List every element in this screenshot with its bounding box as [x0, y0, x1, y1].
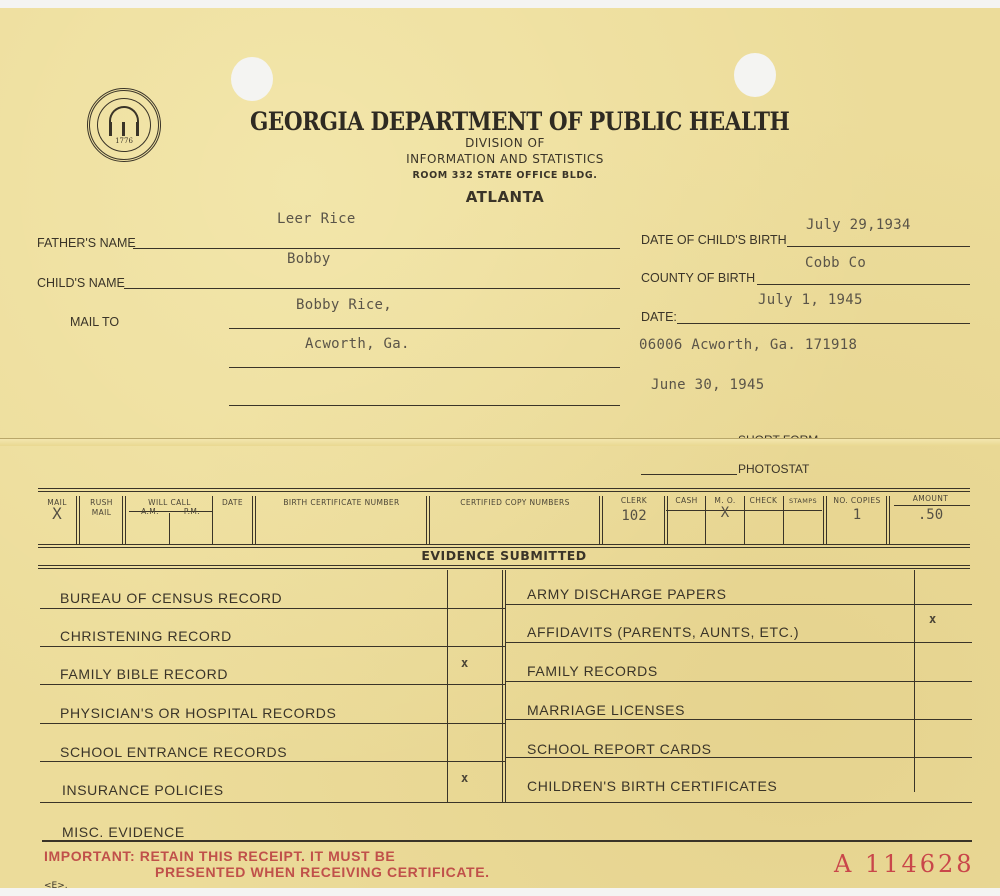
mo-value[interactable]: X: [706, 505, 744, 521]
birth-date-line: [787, 246, 970, 247]
evidence-left-item: CHRISTENING RECORD: [60, 628, 232, 644]
father-name-line: [133, 248, 620, 249]
col-pm: P.M.: [172, 507, 212, 517]
stamp-date-value: June 30, 1945: [651, 377, 764, 393]
important-notice-line1: IMPORTANT: RETAIN THIS RECEIPT. IT MUST …: [44, 848, 395, 864]
evidence-right-item: FAMILY RECORDS: [527, 663, 658, 679]
seal-year: 1776: [115, 137, 133, 145]
stamp-line-value: 06006 Acworth, Ga. 171918: [639, 337, 857, 353]
birth-date-value[interactable]: July 29,1934: [806, 217, 911, 233]
misc-evidence-label: MISC. EVIDENCE: [62, 824, 185, 840]
col-rush: RUSH: [81, 498, 122, 508]
evidence-right-item: ARMY DISCHARGE PAPERS: [527, 586, 727, 602]
col-no-copies: NO. COPIES: [828, 496, 886, 506]
mail-to-line2-value[interactable]: Acworth, Ga.: [305, 336, 410, 352]
evidence-left-item: BUREAU OF CENSUS RECORD: [60, 590, 282, 606]
evidence-title: EVIDENCE SUBMITTED: [38, 548, 970, 563]
evidence-top-border: [38, 565, 970, 569]
important-notice-line2: PRESENTED WHEN RECEIVING CERTIFICATE.: [155, 864, 490, 880]
department-line: INFORMATION AND STATISTICS: [250, 152, 760, 166]
col-amount: AMOUNT: [891, 494, 970, 504]
date-line: [677, 323, 970, 324]
evidence-left-item: INSURANCE POLICIES: [62, 782, 224, 798]
clerk-value[interactable]: 102: [604, 508, 664, 524]
mail-to-line1: [229, 328, 620, 329]
county-value[interactable]: Cobb Co: [805, 255, 866, 271]
photostat-line: [641, 474, 737, 475]
col-rush-mail: MAIL: [81, 508, 122, 518]
misc-evidence-line: [42, 840, 972, 842]
father-name-label: FATHER'S NAME: [37, 236, 136, 250]
county-line: [757, 284, 970, 285]
col-check: CHECK: [744, 496, 783, 506]
child-name-line: [124, 288, 620, 289]
evidence-right-item: AFFIDAVITS (PARENTS, AUNTS, ETC.): [527, 624, 799, 640]
punch-hole-right: [734, 53, 776, 97]
mail-value[interactable]: X: [38, 504, 76, 523]
room-line: ROOM 332 STATE OFFICE BLDG.: [250, 170, 760, 181]
paper-fold: [0, 438, 1000, 446]
mail-to-line3: [229, 405, 620, 406]
col-date: DATE: [213, 498, 252, 508]
birth-date-label: DATE OF CHILD'S BIRTH: [641, 233, 787, 247]
county-label: COUNTY OF BIRTH: [641, 271, 755, 285]
punch-hole-left: [231, 57, 273, 101]
evidence-left-item: SCHOOL ENTRANCE RECORDS: [60, 744, 287, 760]
col-certified-copy-numbers: CERTIFIED COPY NUMBERS: [431, 498, 599, 508]
mail-to-line1-value[interactable]: Bobby Rice,: [296, 297, 392, 313]
serial-number: A 114628: [834, 850, 975, 878]
printer-mark-icon: <E>.: [44, 881, 68, 891]
department-title: GEORGIA DEPARTMENT OF PUBLIC HEALTH: [250, 107, 689, 136]
col-birth-cert-number: BIRTH CERTIFICATE NUMBER: [257, 498, 426, 508]
order-table: MAIL RUSH MAIL WILL CALL A.M. P.M. DATE …: [38, 488, 970, 548]
no-copies-value[interactable]: 1: [828, 507, 886, 523]
mail-to-line2: [229, 367, 620, 368]
evidence-left-item: PHYSICIAN'S OR HOSPITAL RECORDS: [60, 705, 336, 721]
evidence-left-item: FAMILY BIBLE RECORD: [60, 666, 228, 682]
evidence-right-item: MARRIAGE LICENSES: [527, 702, 685, 718]
evidence-right-item: SCHOOL REPORT CARDS: [527, 741, 712, 757]
col-stamps: STAMPS: [783, 496, 823, 506]
division-line: DIVISION OF: [250, 136, 760, 150]
evidence-left-checkbox-family-bible[interactable]: x: [461, 656, 468, 670]
evidence-right-checkbox-affidavits[interactable]: x: [929, 612, 936, 626]
child-name-value[interactable]: Bobby: [287, 251, 331, 267]
date-value[interactable]: July 1, 1945: [758, 292, 863, 308]
evidence-right-item: CHILDREN'S BIRTH CERTIFICATES: [527, 778, 777, 794]
col-clerk: CLERK: [604, 496, 664, 506]
receipt-form: 1776 GEORGIA DEPARTMENT OF PUBLIC HEALTH…: [0, 8, 1000, 888]
georgia-seal-icon: 1776: [87, 88, 161, 162]
date-label: DATE:: [641, 310, 677, 324]
photostat-label: PHOTOSTAT: [738, 462, 809, 476]
city-line: ATLANTA: [250, 188, 760, 206]
evidence-left-checkbox-insurance[interactable]: x: [461, 771, 468, 785]
father-name-value[interactable]: Leer Rice: [277, 211, 356, 227]
mail-to-label: MAIL TO: [70, 315, 119, 329]
col-am: A.M.: [130, 507, 170, 517]
amount-value[interactable]: .50: [891, 507, 970, 523]
child-name-label: CHILD'S NAME: [37, 276, 125, 290]
table-top-border: [38, 488, 970, 492]
col-cash: CASH: [668, 496, 705, 506]
